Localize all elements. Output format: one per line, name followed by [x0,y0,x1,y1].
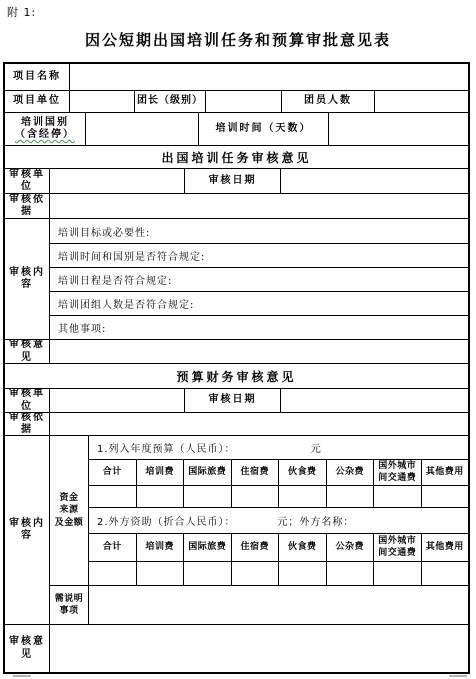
col-header-meals: 伙食费 [279,534,327,562]
budget-audit-basis-label: 审核依据 [5,413,50,436]
task-section-header: 出国培训任务审核意见 [5,146,468,169]
project-name-label: 项目名称 [5,64,70,91]
task-audit-date-label: 审核日期 [185,169,281,194]
country-label-line2: （含经停） [15,129,75,142]
budget-audit-basis-input[interactable] [50,413,468,436]
task-content-label: 审核内容 [5,219,50,339]
leader-label: 团长（级别） [135,91,206,113]
duration-label: 培训时间（天数） [199,113,329,146]
task-audit-unit-label: 审核单位 [5,169,50,194]
budget-content-label: 审核内容 [5,436,50,624]
col-header-meals: 伙食费 [279,460,327,486]
budget-amount-cell[interactable] [137,562,185,585]
budget-amount-cell[interactable] [137,486,185,508]
col-header-total: 合计 [89,460,137,486]
col-header-misc: 公杂费 [327,534,375,562]
col-header-training-fee: 培训费 [137,534,185,562]
country-label: 培训国别 （含经停） [5,113,86,146]
budget-amount-cell[interactable] [184,562,232,585]
task-content-line-headcount[interactable]: 培训团组人数是否符合规定: [50,292,468,316]
col-header-intl-travel: 国际旅费 [184,534,232,562]
budget-amount-cell[interactable] [89,486,137,508]
budget-audit-date-input[interactable] [281,389,468,413]
task-opinion-input[interactable] [50,340,468,364]
foreign-aid-line[interactable]: 2.外方资助（折合人民币）： 元；外方名称： [89,508,468,534]
task-content-line-goal[interactable]: 培训目标或必要性: [50,219,468,244]
budget-audit-date-label: 审核日期 [185,389,281,413]
budget-amount-cell[interactable] [232,486,280,508]
task-audit-date-input[interactable] [281,169,468,194]
budget-section-header: 预算财务审核意见 [5,364,468,389]
budget-amount-cell[interactable] [232,562,280,585]
page-artifact-left [13,675,31,677]
notes-label: 需说明 事项 [50,586,89,624]
budget-amount-cell[interactable] [89,562,137,585]
budget-audit-unit-label: 审核单位 [5,389,50,413]
budget-opinion-input[interactable] [50,625,468,672]
col-header-other: 其他费用 [422,534,469,562]
budget-amount-cell[interactable] [374,486,422,508]
col-header-other: 其他费用 [422,460,469,486]
page-artifact-right [449,675,467,677]
budget-amount-cell[interactable] [327,562,375,585]
attachment-label: 附 1: [7,4,36,20]
budget-amount-cell[interactable] [279,486,327,508]
task-audit-unit-input[interactable] [50,169,185,194]
leader-input[interactable] [206,91,282,113]
project-name-input[interactable] [70,64,468,91]
duration-input[interactable] [329,113,468,146]
project-unit-label: 项目单位 [5,91,70,113]
col-header-intl-travel: 国际旅费 [184,460,232,486]
col-header-lodging: 住宿费 [232,460,280,486]
funding-source-label: 资金 来源 及金额 [50,436,89,585]
budget-amount-cell[interactable] [422,486,469,508]
budget-amount-cell[interactable] [279,562,327,585]
col-header-city-transport: 国外城市间交通费 [374,460,422,486]
task-content-line-time-country[interactable]: 培训时间和国别是否符合规定: [50,244,468,268]
budget-audit-unit-input[interactable] [50,389,185,413]
page-title: 因公短期出国培训任务和预算审批意见表 [0,29,476,50]
budget-amount-cell[interactable] [422,562,469,585]
col-header-training-fee: 培训费 [137,460,185,486]
col-header-misc: 公杂费 [327,460,375,486]
col-header-total: 合计 [89,534,137,562]
members-label: 团员人数 [282,91,375,113]
task-opinion-label: 审核意见 [5,340,50,364]
budget-amount-cell[interactable] [327,486,375,508]
project-unit-input[interactable] [70,91,135,113]
task-audit-basis-input[interactable] [50,194,468,219]
budget-opinion-label: 审核意见 [5,625,50,672]
col-header-city-transport: 国外城市间交通费 [374,534,422,562]
members-input[interactable] [375,91,468,113]
task-content-line-other[interactable]: 其他事项: [50,316,468,339]
budget-amount-cell[interactable] [374,562,422,585]
budget-amount-cell[interactable] [184,486,232,508]
approval-form-table: 项目名称 项目单位 团长（级别） 团员人数 培训国别 （含经停） 培训时间（天数… [3,62,470,674]
country-label-line1: 培训国别 [21,117,69,130]
task-audit-basis-label: 审核依据 [5,194,50,219]
country-input[interactable] [86,113,199,146]
annual-budget-line[interactable]: 1.列入年度预算（人民币）： 元 [89,436,468,460]
task-content-line-schedule[interactable]: 培训日程是否符合规定: [50,268,468,292]
col-header-lodging: 住宿费 [232,534,280,562]
notes-input[interactable] [89,586,468,624]
